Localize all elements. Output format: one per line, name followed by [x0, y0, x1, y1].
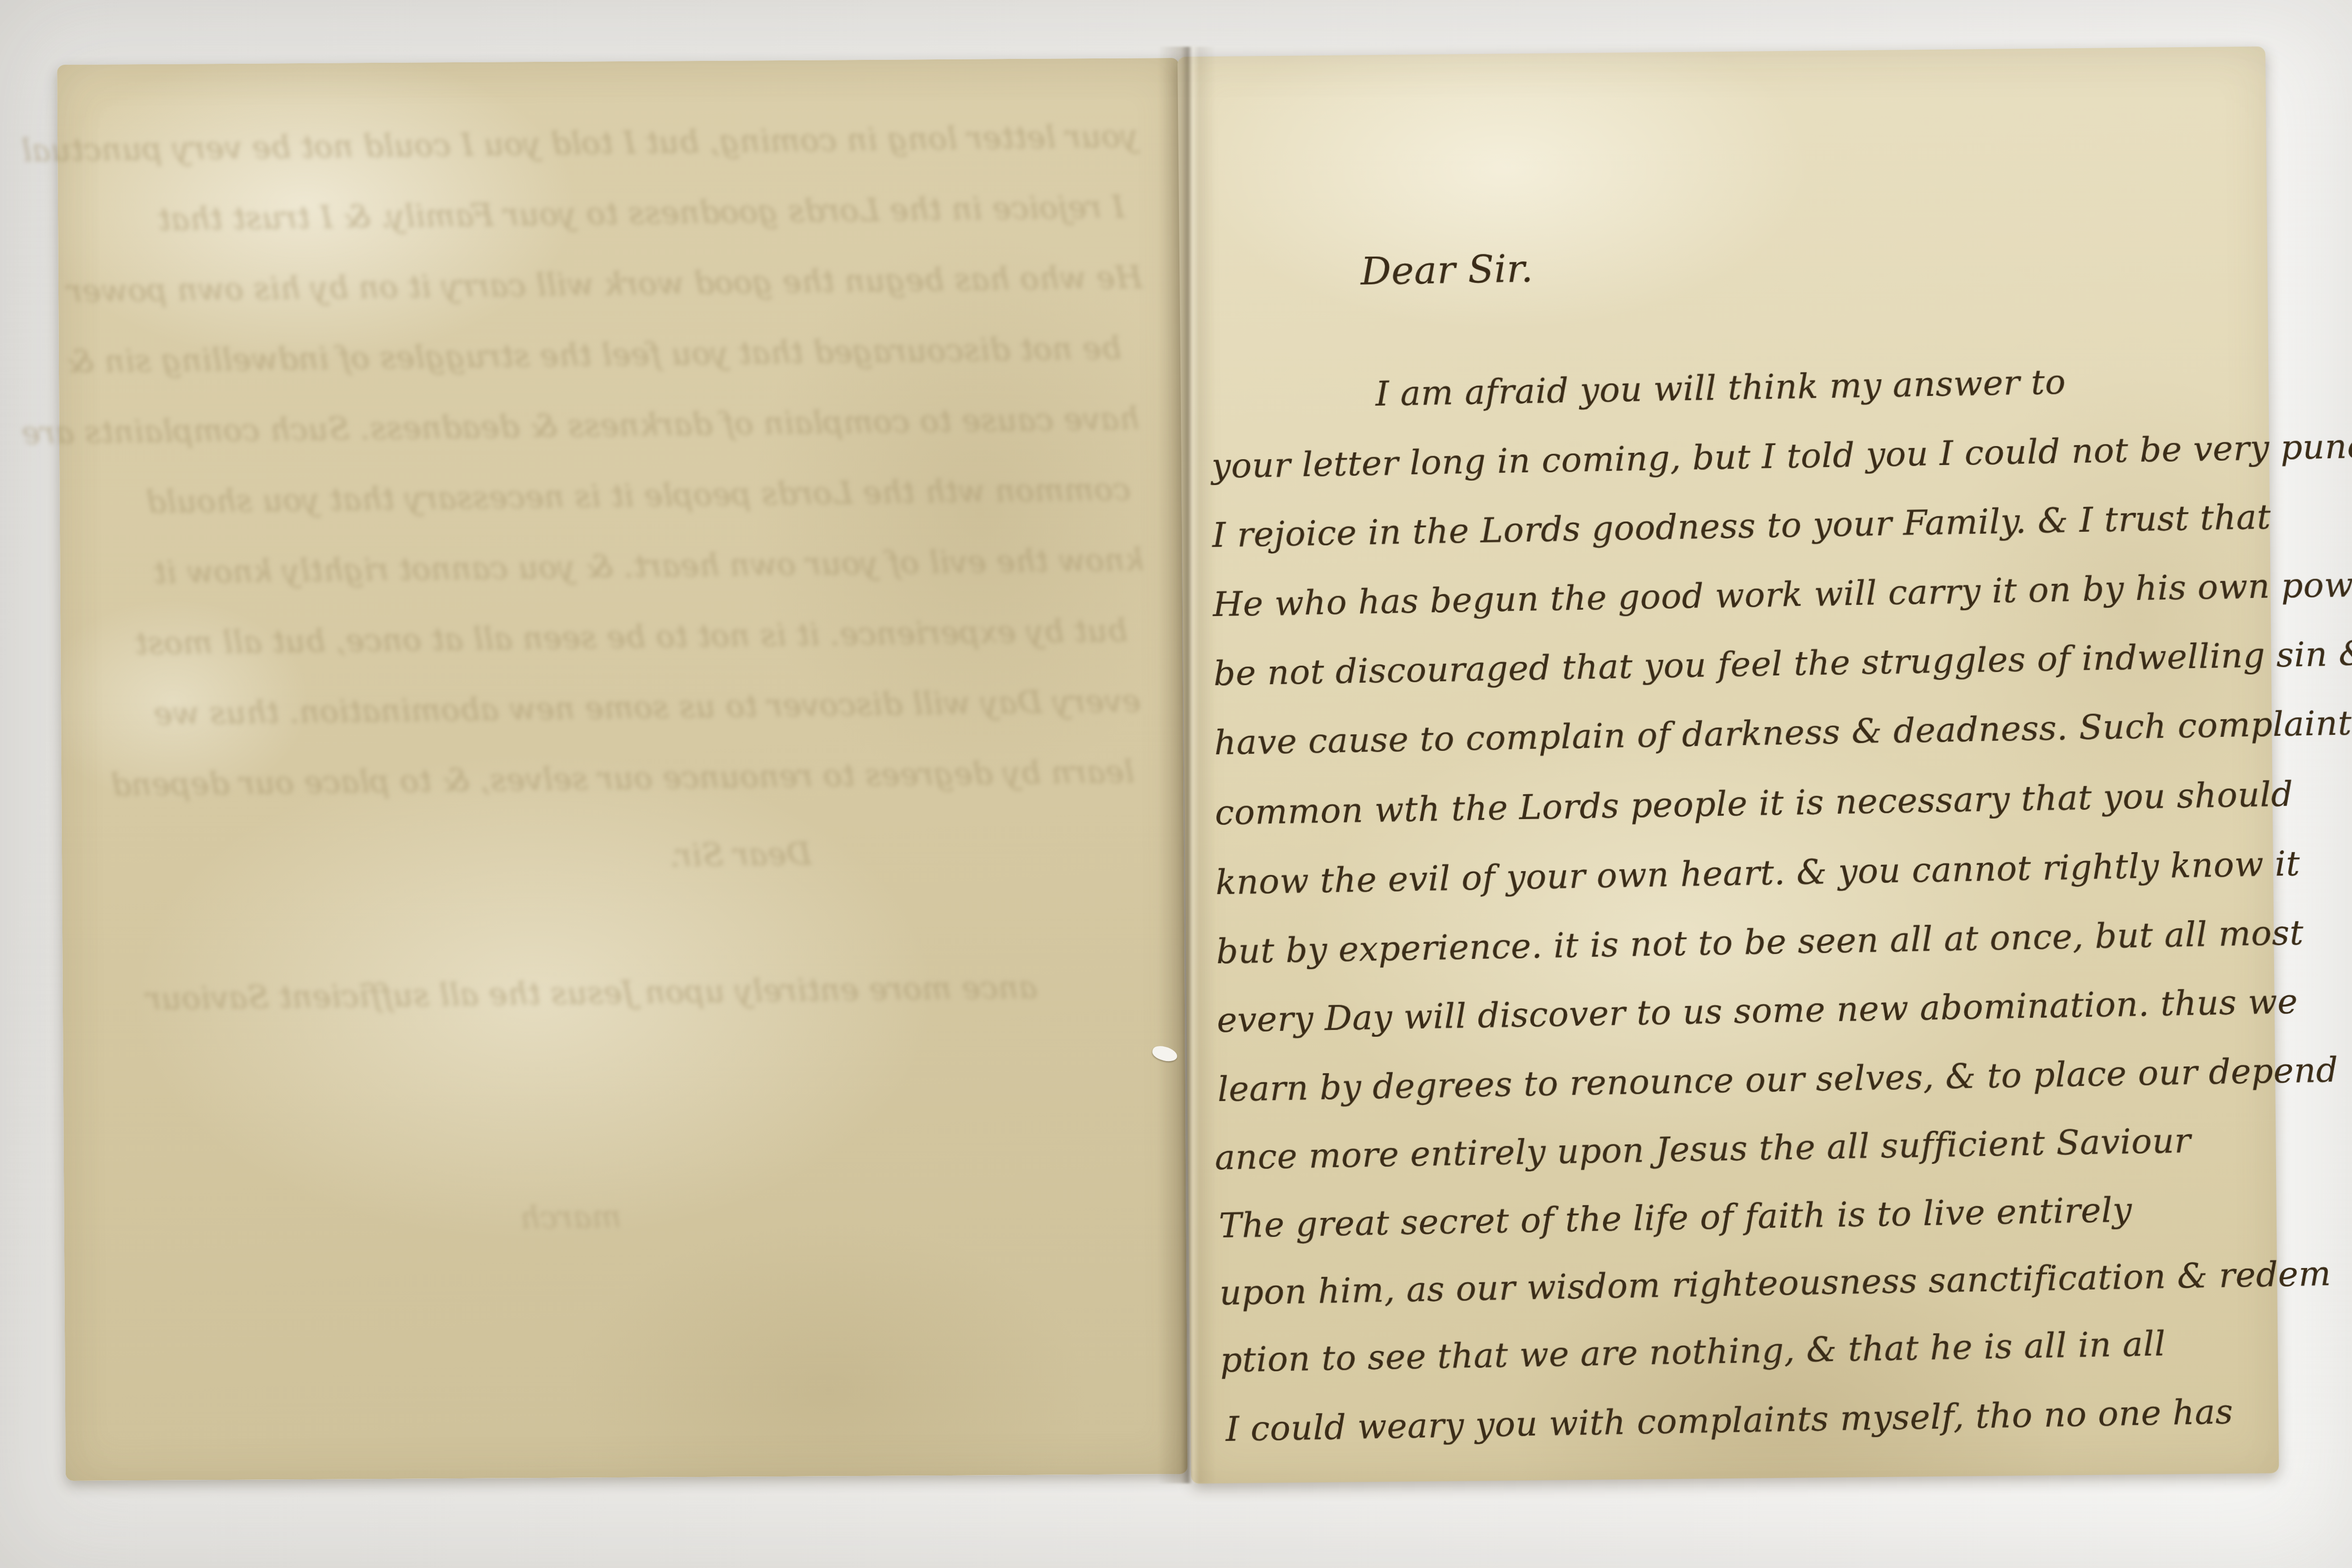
letter-line: I could weary you with complaints myself…	[1225, 1392, 2233, 1449]
letter-salutation: Dear Sir.	[1360, 247, 1533, 294]
bleedthrough-line: know the evil of your own heart. & you c…	[153, 542, 1144, 591]
bleedthrough-line: common wth the Lords people it is necess…	[146, 471, 1131, 520]
bleedthrough-line: your letter long in coming, but I told y…	[21, 118, 1139, 169]
bleedthrough-line: I rejoice in the Lords goodness to your …	[158, 189, 1125, 238]
letter-line: ption to see that we are nothing, & that…	[1220, 1324, 2166, 1380]
letter-line: know the evil of your own heart. & you c…	[1215, 843, 2301, 902]
bleedthrough-line: have cause to complain of darkness & dea…	[21, 401, 1139, 451]
letter-line: learn by degrees to renounce our selves,…	[1217, 1050, 2339, 1109]
bleedthrough-line: but by experience. it is not to be seen …	[134, 613, 1128, 662]
letter-line: He who has begun the good work will carr…	[1213, 564, 2352, 624]
letter-line: The great secret of the life of faith is…	[1218, 1190, 2132, 1246]
letter-line: but by experience. it is not to be seen …	[1216, 913, 2304, 971]
bleedthrough-closing-line: Dear Sir.	[670, 836, 812, 874]
photo-backdrop: your letter long in coming, but I told y…	[0, 0, 2352, 1568]
letter-line: be not discouraged that you feel the str…	[1213, 634, 2352, 693]
bleedthrough-date-line: march	[520, 1199, 622, 1236]
bleedthrough-layer: your letter long in coming, but I told y…	[75, 72, 1170, 1467]
letter-line: your letter long in coming, but I told y…	[1211, 425, 2352, 486]
bleedthrough-line: be not discouraged that you feel the str…	[66, 331, 1121, 380]
letter-line: ance more entirely upon Jesus the all su…	[1214, 1120, 2191, 1177]
bleedthrough-signature-line: ance more entirely upon Jesus the all su…	[146, 970, 1037, 1017]
letter-line: have cause to complain of darkness & dea…	[1214, 701, 2352, 763]
letter-line: I rejoice in the Lords goodness to your …	[1212, 497, 2271, 555]
bleedthrough-line: every Day will discover to us some new a…	[153, 683, 1141, 732]
letter-line: every Day will discover to us some new a…	[1216, 981, 2298, 1040]
bleedthrough-line: learn by degrees to renounce our selves,…	[111, 754, 1135, 803]
fold-crease	[1158, 47, 1215, 1483]
letter-line: common wth the Lords people it is necess…	[1214, 774, 2294, 833]
letter-page-right: Dear Sir. I am afraid you will think my …	[1177, 46, 2279, 1483]
letter-line: upon him, as our wisdom righteousness sa…	[1219, 1253, 2332, 1313]
handwriting-layer: Dear Sir. I am afraid you will think my …	[1177, 46, 2279, 1483]
letter-line: I am afraid you will think my answer to	[1375, 362, 2066, 414]
bleedthrough-line: He who has begun the good work will carr…	[67, 260, 1142, 310]
letter-page-left: your letter long in coming, but I told y…	[57, 58, 1188, 1481]
